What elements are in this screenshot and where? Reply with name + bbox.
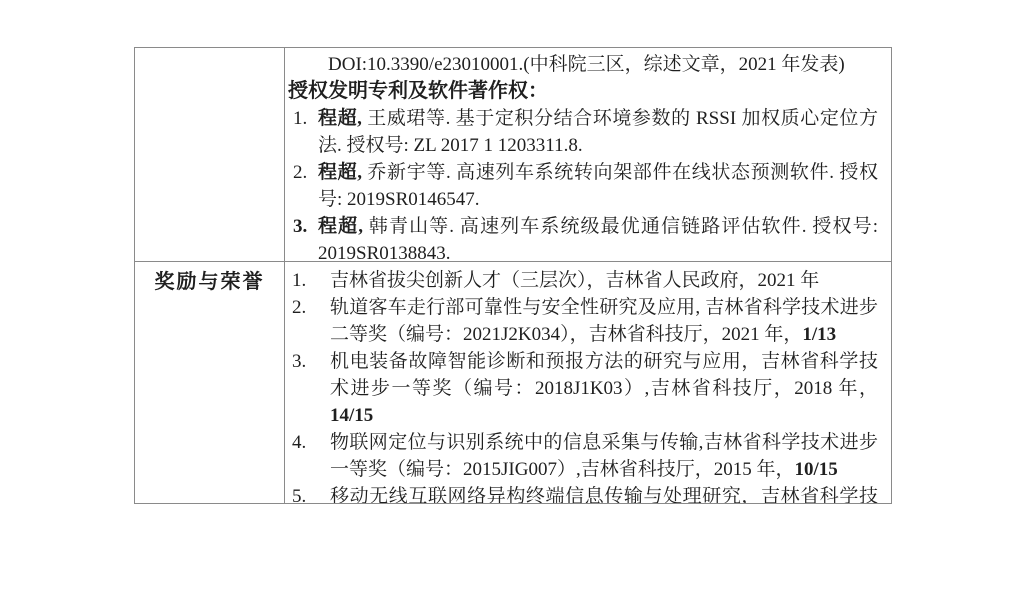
award-item: 5.移动无线互联网络异构终端信息传输与处理研究，吉林省科学技术进步二等奖（编号:… [285,483,878,503]
patents-label-cell [135,48,285,261]
award-item-number: 5. [292,483,306,503]
awards-row-label: 奖励与荣誉 [155,271,265,293]
award-item: 2.轨道客车走行部可靠性与安全性研究及应用, 吉林省科学技术进步二等奖（编号：2… [285,294,878,348]
patent-item-number: 3. [293,213,307,240]
award-item-text: 移动无线互联网络异构终端信息传输与处理研究，吉林省科学技术进步二等奖（编号: 2… [330,486,878,503]
award-item-number: 3. [292,348,306,375]
patent-list: 1.程超, 王威珺等. 基于定积分结合环境参数的 RSSI 加权质心定位方法. … [285,105,878,261]
award-item-number: 1. [292,267,306,294]
doi-continuation-line: DOI:10.3390/e23010001.(中科院三区，综述文章，2021 年… [285,51,878,78]
patent-section-header: 授权发明专利及软件著作权： [285,78,878,105]
patent-item-number: 2. [293,159,307,186]
awards-label-cell: 奖励与荣誉 [135,262,285,503]
award-item: 1.吉林省拔尖创新人才（三层次），吉林省人民政府，2021 年 [285,267,878,294]
patents-content-cell: DOI:10.3390/e23010001.(中科院三区，综述文章，2021 年… [285,48,891,261]
table-row-awards: 奖励与荣誉 1.吉林省拔尖创新人才（三层次），吉林省人民政府，2021 年 2.… [135,262,891,503]
award-item-text: 轨道客车走行部可靠性与安全性研究及应用, 吉林省科学技术进步二等奖（编号：202… [330,297,878,345]
patent-item-text: 王威珺等. 基于定积分结合环境参数的 RSSI 加权质心定位方法. 授权号: Z… [318,108,878,156]
award-item: 3.机电装备故障智能诊断和预报方法的研究与应用，吉林省科学技术进步一等奖（编号：… [285,348,878,429]
award-item-number: 2. [292,294,306,321]
patent-item-author: 程超, [318,216,363,237]
award-item-rank: 10/15 [794,459,837,480]
patent-item: 3.程超, 韩青山等. 高速列车系统级最优通信链路评估软件. 授权号: 2019… [285,213,878,261]
document-page: DOI:10.3390/e23010001.(中科院三区，综述文章，2021 年… [0,0,1024,611]
patent-item-text: 乔新宇等. 高速列车系统转向架部件在线状态预测软件. 授权号: 2019SR01… [318,162,878,210]
patent-item-author: 程超, [318,162,362,183]
award-item-text: 吉林省拔尖创新人才（三层次），吉林省人民政府，2021 年 [330,270,819,291]
table-row-patents: DOI:10.3390/e23010001.(中科院三区，综述文章，2021 年… [135,48,891,262]
award-item-text: 机电装备故障智能诊断和预报方法的研究与应用，吉林省科学技术进步一等奖（编号：20… [330,351,878,399]
patent-item: 1.程超, 王威珺等. 基于定积分结合环境参数的 RSSI 加权质心定位方法. … [285,105,878,159]
award-item: 4.物联网定位与识别系统中的信息采集与传输,吉林省科学技术进步一等奖（编号：20… [285,429,878,483]
award-item-rank: 1/13 [802,324,836,345]
awards-list: 1.吉林省拔尖创新人才（三层次），吉林省人民政府，2021 年 2.轨道客车走行… [285,267,878,503]
patent-item-author: 程超, [318,108,362,129]
award-item-number: 4. [292,429,306,456]
patent-item: 2.程超, 乔新宇等. 高速列车系统转向架部件在线状态预测软件. 授权号: 20… [285,159,878,213]
cv-table: DOI:10.3390/e23010001.(中科院三区，综述文章，2021 年… [134,47,892,504]
patent-item-number: 1. [293,105,307,132]
award-item-rank: 14/15 [330,405,373,426]
patent-item-text: 韩青山等. 高速列车系统级最优通信链路评估软件. 授权号: 2019SR0138… [318,216,878,261]
awards-content-cell: 1.吉林省拔尖创新人才（三层次），吉林省人民政府，2021 年 2.轨道客车走行… [285,262,891,503]
